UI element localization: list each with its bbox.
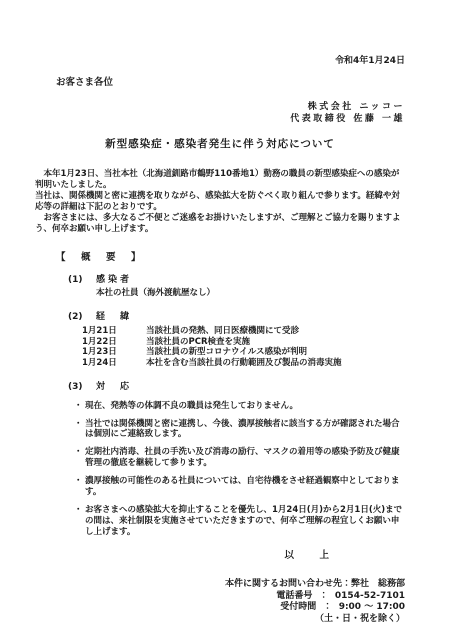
- timeline-date: 1月24日: [82, 358, 146, 369]
- signer-name: 代表取締役 佐藤 一雄: [35, 113, 405, 125]
- intro-paragraph: 当社は、関係機関と密に連携を取りながら、感染拡大を防ぐべく取り組んで参ります。経…: [35, 191, 405, 213]
- response-bullet: 当社では関係機関と密に連携し、今後、濃厚接触者に該当する方が確認された場合は個別…: [74, 419, 405, 441]
- timeline-date: 1月23日: [82, 347, 146, 358]
- overview-heading: 【 概 要 】: [56, 252, 405, 264]
- closing-mark: 以 上: [35, 550, 337, 562]
- section-number: (1): [68, 275, 96, 287]
- holiday-note: （土・日・祝を除く）: [35, 614, 405, 626]
- timeline-date: 1月21日: [82, 326, 146, 337]
- section-number: (3): [68, 382, 96, 394]
- timeline-row: 1月24日 本社を含む当該社員の行動範囲及び製品の消毒実施: [82, 358, 405, 369]
- section-body: 本社の社員（海外渡航歴なし）: [96, 288, 405, 299]
- section-timeline: (2) 経 緯 1月21日 当該社員の発熱、同日医療機関にて受診 1月22日 当…: [68, 312, 405, 369]
- section-title: 対 応: [96, 382, 132, 394]
- section-response: (3) 対 応 現在、発熱等の体調不良の職員は発生しておりません。 当社では関係…: [68, 382, 405, 537]
- document-page: 令和4年1月24日 お客さま各位 株式会社 ニッコー 代表取締役 佐藤 一雄 新…: [0, 0, 453, 640]
- hours-line: 受付時間 ： 9:00 ～ 17:00: [35, 602, 405, 614]
- timeline-event: 当該社員のPCR検査を実施: [146, 337, 405, 348]
- response-bullet: 定期社内消毒、社員の手洗い及び消毒の励行、マスクの着用等の感染予防及び健康管理の…: [74, 447, 405, 469]
- intro-paragraph: お客さまには、多大なるご不便とご迷惑をお掛けいたしますが、ご理解とご協力を賜りま…: [35, 213, 405, 235]
- timeline-event: 当該社員の発熱、同日医療機関にて受診: [146, 326, 405, 337]
- section-heading: (2) 経 緯: [68, 312, 405, 324]
- timeline-row: 1月22日 当該社員のPCR検査を実施: [82, 337, 405, 348]
- section-heading: (3) 対 応: [68, 382, 405, 394]
- section-title: 経 緯: [96, 312, 132, 324]
- contact-line: 本件に関するお問い合わせ先：弊社 総務部: [35, 579, 405, 591]
- response-bullet: お客さまへの感染拡大を抑止することを優先し、1月24日(月)から2月1日(火)ま…: [74, 505, 405, 538]
- intro-paragraph: 本年1月23日、当社本社（北海道釧路市鶴野110番地1）勤務の職員の新型感染症へ…: [35, 169, 405, 191]
- timeline-event: 本社を含む当該社員の行動範囲及び製品の消毒実施: [146, 358, 405, 369]
- contact-footer: 本件に関するお問い合わせ先：弊社 総務部 電話番号 ： 0154-52-7101…: [35, 579, 405, 627]
- recipient-line: お客さま各位: [56, 77, 405, 89]
- section-infected-person: (1) 感染者 本社の社員（海外渡航歴なし）: [68, 275, 405, 299]
- timeline-list: 1月21日 当該社員の発熱、同日医療機関にて受診 1月22日 当該社員のPCR検…: [82, 326, 405, 370]
- timeline-row: 1月23日 当該社員の新型コロナウイルス感染が判明: [82, 347, 405, 358]
- sender-block: 株式会社 ニッコー 代表取締役 佐藤 一雄: [35, 101, 405, 125]
- response-bullet: 現在、発熱等の体調不良の職員は発生しておりません。: [74, 401, 405, 412]
- phone-line: 電話番号 ： 0154-52-7101: [35, 591, 405, 603]
- section-heading: (1) 感染者: [68, 275, 405, 287]
- intro-paragraphs: 本年1月23日、当社本社（北海道釧路市鶴野110番地1）勤務の職員の新型感染症へ…: [35, 169, 405, 234]
- section-title: 感染者: [96, 275, 132, 287]
- company-name: 株式会社 ニッコー: [35, 101, 405, 113]
- document-title: 新型感染症・感染者発生に伴う対応について: [35, 138, 405, 151]
- section-number: (2): [68, 312, 96, 324]
- document-date: 令和4年1月24日: [35, 56, 405, 68]
- timeline-row: 1月21日 当該社員の発熱、同日医療機関にて受診: [82, 326, 405, 337]
- response-bullet-list: 現在、発熱等の体調不良の職員は発生しておりません。 当社では関係機関と密に連携し…: [74, 401, 405, 538]
- timeline-date: 1月22日: [82, 337, 146, 348]
- response-bullet: 濃厚接触の可能性のある社員については、自宅待機をさせ経過観察中としております。: [74, 476, 405, 498]
- timeline-event: 当該社員の新型コロナウイルス感染が判明: [146, 347, 405, 358]
